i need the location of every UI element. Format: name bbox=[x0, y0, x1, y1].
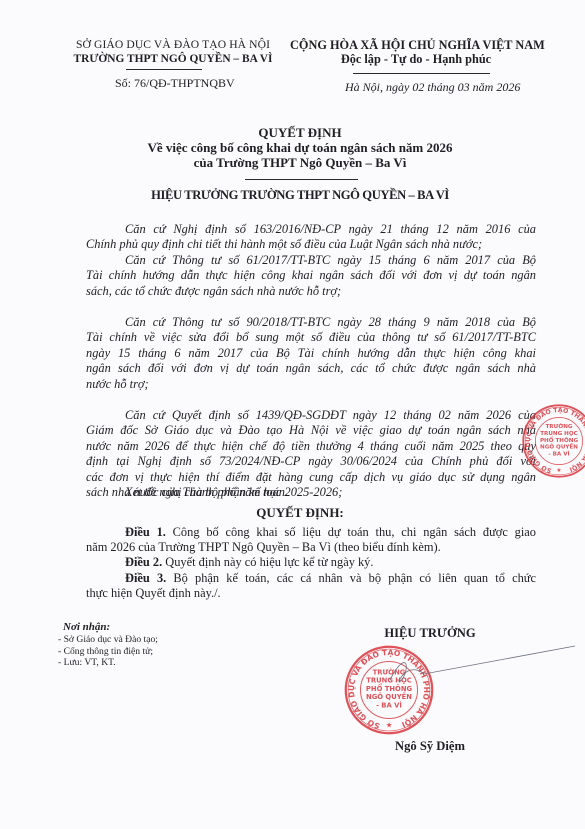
article-label: Điều 3. bbox=[125, 571, 166, 585]
header-left-underline bbox=[126, 69, 202, 70]
svg-text:★: ★ bbox=[556, 467, 561, 474]
document-subject-line-1: Về việc công bố công khai dự toán ngân s… bbox=[100, 140, 500, 155]
svg-text:TRUNG HỌC: TRUNG HỌC bbox=[540, 431, 578, 437]
document-type: QUYẾT ĐỊNH bbox=[100, 125, 500, 140]
preamble-line: ngày 15 tháng 6 năm 2017 của Bộ Tài chín… bbox=[86, 346, 536, 361]
document-number: Số: 76/QĐ-THPTNQBV bbox=[115, 76, 235, 91]
preamble-paragraph: Căn cứ Thông tư số 61/2017/TT-BTC ngày 1… bbox=[86, 253, 536, 299]
signer-name: Ngô Sỹ Diệm bbox=[330, 739, 530, 754]
preamble-line: định tại Nghị định số 73/2024/NĐ-CP ngày… bbox=[86, 454, 536, 469]
preamble-line: Giám đốc Sở Giáo dục và Đào tạo Hà Nội v… bbox=[86, 423, 536, 438]
school-name: TRƯỜNG THPT NGÔ QUYỀN – BA VÌ bbox=[58, 52, 288, 66]
side-seal-stamp: SỞ GIÁO DỤC VÀ ĐÀO TẠO THÀNH PHỐ HÀ NỘIT… bbox=[521, 403, 585, 479]
preamble-line: sách, các tổ chức được ngân sách nhà nướ… bbox=[86, 284, 536, 299]
document-title-block: QUYẾT ĐỊNH Về việc công bố công khai dự … bbox=[100, 125, 500, 170]
svg-text:PHỔ THÔNG: PHỔ THÔNG bbox=[540, 436, 579, 444]
article-line: Điều 1. Công bố công khai số liệu dự toá… bbox=[86, 525, 536, 540]
preamble-line: nước hỗ trợ; bbox=[86, 377, 536, 392]
preamble-line: các đơn vị thực hiện thí điểm đặt hàng c… bbox=[86, 470, 536, 485]
preamble-line: Tài chính hướng dẫn thực hiện công khai … bbox=[86, 268, 536, 283]
svg-text:- BA VÌ: - BA VÌ bbox=[376, 700, 402, 709]
decision-heading: QUYẾT ĐỊNH: bbox=[100, 505, 500, 521]
decision-article: Điều 3. Bộ phận kế toán, các cá nhân và … bbox=[86, 571, 536, 602]
document-subject-line-2: của Trường THPT Ngô Quyền – Ba Vì bbox=[100, 155, 500, 170]
preamble-line: Chính phủ quy định chi tiết thi hành một… bbox=[86, 237, 536, 252]
signer-title: HIỆU TRƯỞNG bbox=[330, 626, 530, 641]
preamble-line: Căn cứ Quyết định số 1439/QĐ-SGDĐT ngày … bbox=[86, 408, 536, 423]
nation-title: CỘNG HÒA XÃ HỘI CHỦ NGHĨA VIỆT NAM bbox=[290, 38, 585, 52]
decision-article: Điều 1. Công bố công khai số liệu dự toá… bbox=[86, 525, 536, 556]
preamble-paragraph: Căn cứ Nghị định số 163/2016/NĐ-CP ngày … bbox=[86, 222, 536, 253]
preamble-line: Căn cứ Nghị định số 163/2016/NĐ-CP ngày … bbox=[86, 222, 536, 237]
handwritten-signature bbox=[380, 640, 580, 700]
article-text: Công bố công khai số liệu dự toán thu, c… bbox=[166, 525, 536, 539]
article-label: Điều 2. bbox=[125, 555, 162, 569]
preamble-line: Căn cứ Thông tư số 61/2017/TT-BTC ngày 1… bbox=[86, 253, 536, 268]
article-label: Điều 1. bbox=[125, 525, 166, 539]
preamble-line: ngân sách đối với đơn vị dự toán ngân sá… bbox=[86, 361, 536, 376]
department-name: SỞ GIÁO DỤC VÀ ĐÀO TẠO HÀ NỘI bbox=[58, 38, 288, 52]
svg-text:★: ★ bbox=[386, 721, 393, 730]
title-underline bbox=[245, 179, 358, 180]
svg-text:- BA VÌ: - BA VÌ bbox=[548, 449, 569, 457]
article-line: năm 2026 của Trường THPT Ngô Quyền – Ba … bbox=[86, 540, 536, 555]
recipients-heading: Nơi nhận: bbox=[58, 622, 158, 633]
national-header-block: CỘNG HÒA XÃ HỘI CHỦ NGHĨA VIỆT NAM Độc l… bbox=[290, 38, 585, 66]
header-right-underline bbox=[353, 73, 490, 74]
article-text: Quyết định này có hiệu lực kể từ ngày ký… bbox=[162, 555, 373, 569]
preamble-line: Xét đề nghị của bộ phận kế toán. bbox=[86, 485, 536, 500]
place-and-date: Hà Nội, ngày 02 tháng 03 năm 2026 bbox=[345, 80, 520, 95]
recipient-item: - Lưu: VT, KT. bbox=[58, 657, 158, 668]
issuer-title: HIỆU TRƯỞNG TRƯỜNG THPT NGÔ QUYỀN – BA V… bbox=[100, 188, 500, 203]
recipient-item: - Sở Giáo dục và Đào tạo; bbox=[58, 634, 158, 645]
preamble-line: Tài chính về việc sửa đổi bổ sung một số… bbox=[86, 330, 536, 345]
article-text: Bộ phận kế toán, các cá nhân và bộ phận … bbox=[166, 571, 536, 585]
preamble-paragraph: Xét đề nghị của bộ phận kế toán. bbox=[86, 485, 536, 500]
article-line: Điều 2. Quyết định này có hiệu lực kể từ… bbox=[86, 555, 536, 570]
preamble-paragraph: Căn cứ Thông tư số 90/2018/TT-BTC ngày 2… bbox=[86, 315, 536, 392]
article-line: thực hiện Quyết định này./. bbox=[86, 586, 536, 601]
recipients-block: Nơi nhận: - Sở Giáo dục và Đào tạo; - Cổ… bbox=[58, 622, 158, 669]
svg-text:TRƯỜNG: TRƯỜNG bbox=[545, 423, 572, 430]
preamble-line: Căn cứ Thông tư số 90/2018/TT-BTC ngày 2… bbox=[86, 315, 536, 330]
decision-article: Điều 2. Quyết định này có hiệu lực kể từ… bbox=[86, 555, 536, 570]
article-line: Điều 3. Bộ phận kế toán, các cá nhân và … bbox=[86, 571, 536, 586]
national-motto: Độc lập - Tự do - Hạnh phúc bbox=[290, 52, 585, 66]
preamble-line: nước năm 2026 để thực hiện chế độ tiền t… bbox=[86, 439, 536, 454]
recipient-item: - Cổng thông tin điện tử; bbox=[58, 646, 158, 657]
issuing-authority-block: SỞ GIÁO DỤC VÀ ĐÀO TẠO HÀ NỘI TRƯỜNG THP… bbox=[58, 38, 288, 66]
